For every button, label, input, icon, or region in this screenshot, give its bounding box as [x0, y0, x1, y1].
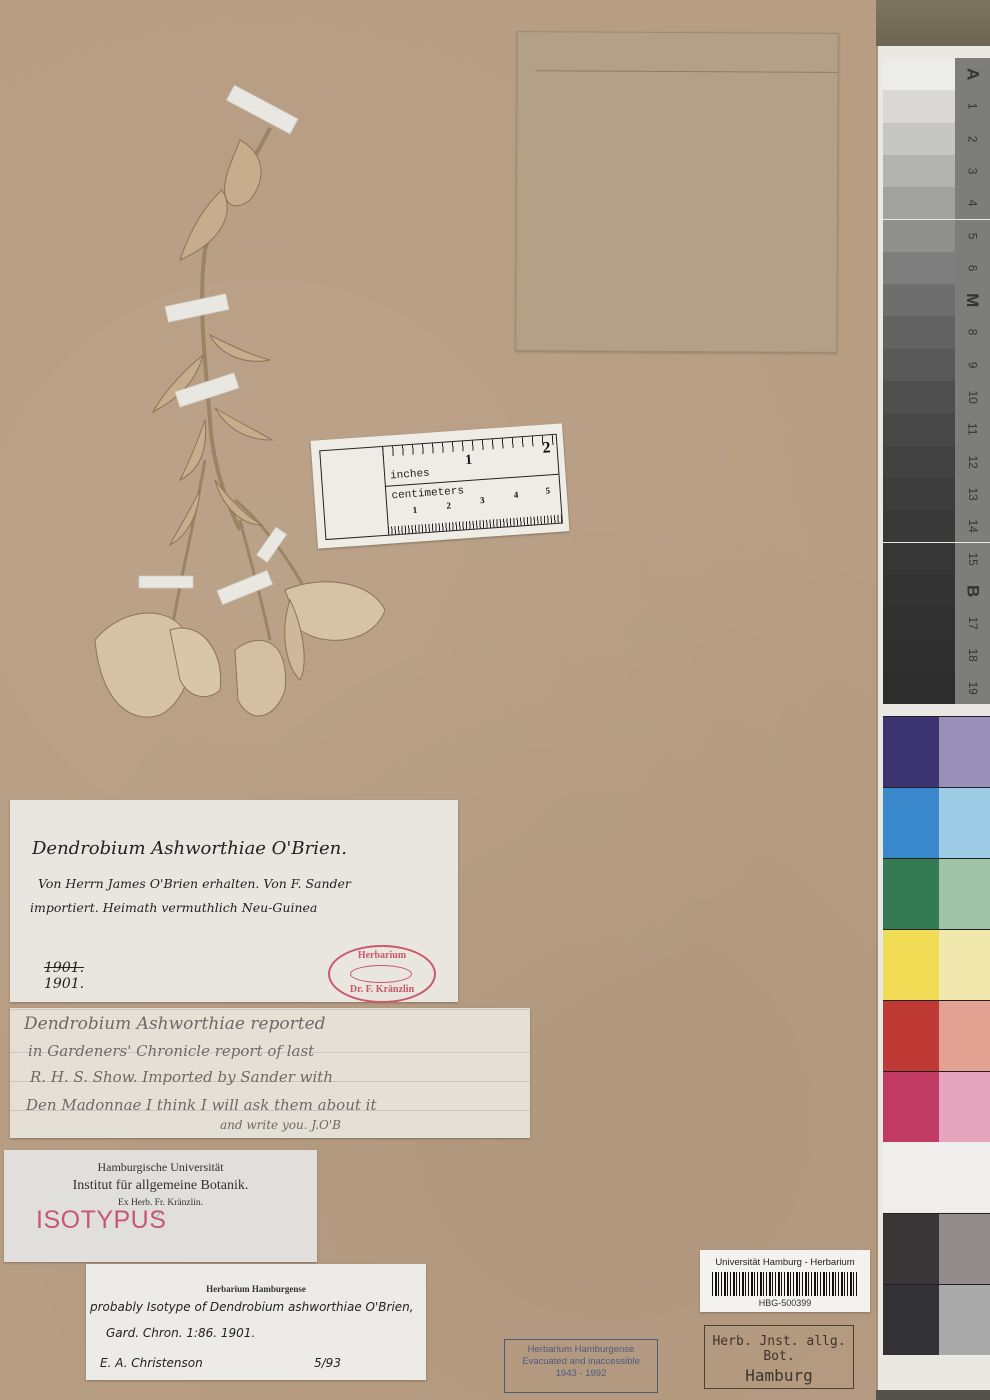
institute-stamp: Herb. Jnst. allg. Bot. Hamburg	[704, 1325, 854, 1389]
grey-step-label: 4	[955, 187, 990, 219]
grey-step	[883, 639, 955, 671]
grey-step-label: 8	[955, 316, 990, 348]
annotation-title: Herbarium Hamburgense	[86, 1284, 426, 1294]
determiner-name: E. A. Christenson	[100, 1356, 203, 1370]
evacuation-stamp: Herbarium Hamburgense Evacuated and inac…	[504, 1339, 658, 1393]
grey-step-label: 19	[955, 672, 990, 704]
collector-note-line1: Von Herrn James O'Brien erhalten. Von F.…	[38, 876, 351, 891]
grey-step	[883, 90, 955, 122]
determination-label: Dendrobium Ashworthiae O'Brien. Von Herr…	[10, 800, 458, 1002]
barcode[interactable]	[712, 1272, 858, 1296]
scanner-background	[876, 0, 990, 46]
color-patch-light	[939, 1071, 990, 1142]
ruler-frame: inches centimeters 1 2 1 2 3 4 5	[319, 434, 563, 540]
stamp-top-text: Herbarium	[330, 950, 434, 961]
grey-step-label: 3	[955, 155, 990, 187]
struck-date: 1901.	[44, 960, 84, 976]
pencil-note-label: Dendrobium Ashworthiae reported in Garde…	[10, 1008, 530, 1138]
grey-step	[883, 220, 955, 252]
cm-mark-3: 3	[480, 495, 485, 505]
grey-step-label: 6	[955, 252, 990, 284]
color-patch-light	[939, 716, 990, 787]
grey-step	[883, 58, 955, 90]
grey-step	[883, 187, 955, 219]
inch-mark-1: 1	[465, 453, 473, 469]
grey-step-label: 18	[955, 639, 990, 671]
color-patch-light	[939, 1213, 990, 1284]
grey-step	[883, 575, 955, 607]
institute-name: Institut für allgemeine Botanik.	[4, 1178, 317, 1194]
color-patch-dark	[883, 1000, 939, 1071]
color-patch-light	[939, 1142, 990, 1212]
color-patch-light	[939, 787, 990, 858]
isotypus-stamp: ISOTYPUS	[36, 1206, 166, 1235]
collector-note-line2: importiert. Heimath vermuthlich Neu-Guin…	[30, 900, 317, 915]
envelope-flap-line	[536, 70, 838, 73]
grey-step-label: 9	[955, 349, 990, 381]
university-name: Hamburgische Universität	[4, 1160, 317, 1175]
taxon-name: Dendrobium Ashworthiae O'Brien.	[32, 838, 347, 859]
annotation-line1: probably Isotype of Dendrobium ashworthi…	[90, 1300, 414, 1314]
note-line-1: Dendrobium Ashworthiae reported	[24, 1014, 326, 1034]
note-line-2: in Gardeners' Chronicle report of last	[28, 1042, 314, 1060]
color-patch-dark	[883, 716, 939, 787]
color-patch-dark	[883, 1142, 939, 1212]
ruler-scale: inches centimeters 1 2 1 2 3 4 5	[382, 435, 562, 535]
grey-step	[883, 123, 955, 155]
grey-step-label: 13	[955, 478, 990, 510]
grey-step-label: 12	[955, 446, 990, 478]
cm-mark-1: 1	[412, 505, 417, 515]
grey-step	[883, 543, 955, 575]
color-patch-light	[939, 1284, 990, 1355]
evac-line2: Evacuated and inaccessible	[505, 1356, 657, 1368]
barcode-label: Universität Hamburg - Herbarium HBG-5003…	[700, 1250, 870, 1312]
grey-step-label: 15	[955, 543, 990, 575]
note-line-3: R. H. S. Show. Imported by Sander with	[30, 1068, 333, 1086]
evac-line1: Herbarium Hamburgense	[505, 1344, 657, 1356]
color-patch-dark	[883, 1284, 939, 1355]
color-patch-dark	[883, 858, 939, 929]
fragment-envelope[interactable]	[515, 31, 839, 353]
grey-step	[883, 155, 955, 187]
grey-step	[883, 284, 955, 316]
note-line-5: and write you. J.O'B	[220, 1118, 341, 1132]
grey-step-label: 5	[955, 220, 990, 252]
annotation-date: 5/93	[314, 1356, 341, 1370]
note-line-4: Den Madonnae I think I will ask them abo…	[26, 1096, 376, 1114]
grey-step	[883, 349, 955, 381]
grey-step	[883, 381, 955, 413]
grey-step-label: 10	[955, 381, 990, 413]
cm-mark-5: 5	[545, 485, 550, 495]
grey-step	[883, 252, 955, 284]
inches-label: inches	[390, 468, 430, 483]
institution-label: Hamburgische Universität Institut für al…	[4, 1150, 317, 1262]
grey-step	[883, 316, 955, 348]
evac-line3: 1943 - 1992	[505, 1368, 657, 1380]
inst-stamp-line1: Herb. Jnst. allg. Bot.	[705, 1334, 853, 1364]
stamp-inner-oval	[350, 965, 412, 983]
stamp-bottom-text: Dr. F. Kränzlin	[330, 984, 434, 995]
cm-mark-2: 2	[446, 500, 451, 510]
kranzlin-herbarium-stamp: Herbarium Dr. F. Kränzlin	[328, 945, 436, 1003]
grey-step-label: 1	[955, 90, 990, 122]
grey-step-label: 14	[955, 510, 990, 542]
scanner-background-bottom	[876, 1390, 990, 1400]
color-patch-light	[939, 1000, 990, 1071]
ruler-ticks-bottom	[388, 515, 562, 535]
color-patch-dark	[883, 787, 939, 858]
barcode-title: Universität Hamburg - Herbarium	[700, 1257, 870, 1268]
inst-stamp-line2: Hamburg	[705, 1366, 853, 1385]
annotation-label: Herbarium Hamburgense probably Isotype o…	[86, 1264, 426, 1380]
grey-step-label: 11	[955, 413, 990, 445]
grey-step-label: 2	[955, 123, 990, 155]
color-patch-dark	[883, 1071, 939, 1142]
cm-mark-4: 4	[513, 490, 518, 500]
grey-step	[883, 413, 955, 445]
color-patch-dark	[883, 1213, 939, 1284]
annotation-line2: Gard. Chron. 1:86. 1901.	[106, 1326, 255, 1340]
ruler-blank-area	[320, 447, 389, 539]
color-calibration-card: A123456M89101112131415B171819	[878, 46, 990, 1400]
grey-step-label: A	[955, 58, 990, 90]
type-query-mark: ?	[154, 1210, 160, 1222]
grey-step-label: B	[955, 575, 990, 607]
grey-step	[883, 510, 955, 542]
grey-step-label: 17	[955, 607, 990, 639]
date: 1901.	[44, 976, 84, 992]
barcode-number: HBG-500399	[700, 1298, 870, 1308]
color-patch-light	[939, 929, 990, 1000]
color-patch-light	[939, 858, 990, 929]
grey-step-label: M	[955, 284, 990, 316]
scale-ruler: inches centimeters 1 2 1 2 3 4 5	[311, 423, 570, 548]
grey-step	[883, 446, 955, 478]
grey-step	[883, 607, 955, 639]
grey-step	[883, 672, 955, 704]
centimeters-label: centimeters	[391, 485, 464, 502]
color-patch-dark	[883, 929, 939, 1000]
grey-step	[883, 478, 955, 510]
